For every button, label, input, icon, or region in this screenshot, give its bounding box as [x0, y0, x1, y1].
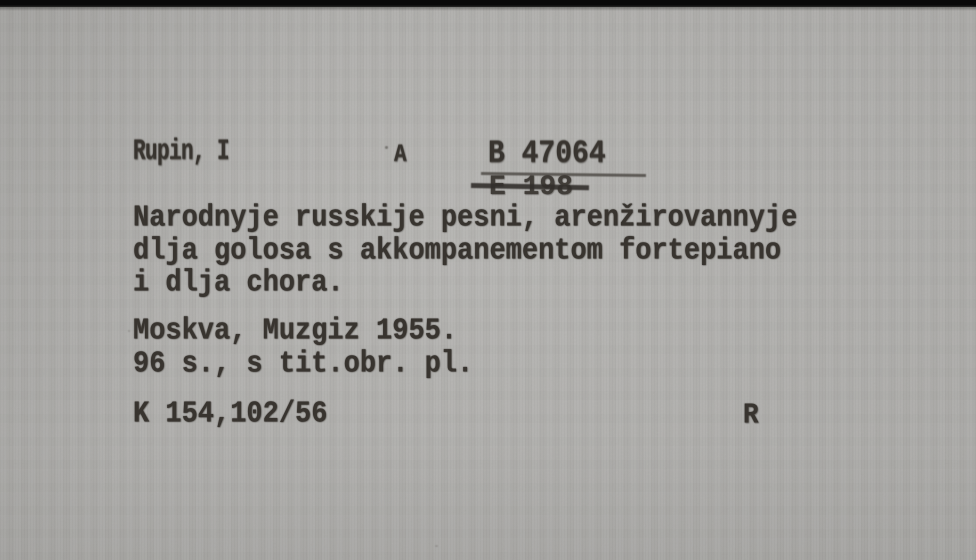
scan-edge-shadow — [0, 7, 976, 11]
language-letter: R — [743, 400, 759, 429]
title-line-1: Narodnyje russkije pesni, arenžirovannyj… — [133, 204, 797, 234]
collation-line: 96 s., s tit.obr. pl. — [133, 350, 473, 380]
accession-number: K 154,102/56 — [133, 400, 327, 430]
call-number: B 47064 — [488, 139, 606, 171]
paper-speck — [128, 330, 130, 332]
paper-speck — [385, 146, 388, 149]
imprint-line: Moskva, Muzgiz 1955. — [133, 317, 457, 347]
title-line-2: dlja golosa s akkompanementom fortepiano — [133, 237, 781, 267]
paper-speck — [435, 545, 438, 547]
author-heading: Rupin, I — [133, 138, 229, 167]
title-line-3: i dlja chora. — [133, 269, 344, 299]
scan-edge-strip — [0, 0, 976, 7]
scanned-catalog-card: Rupin, I A B 47064 E 198 Narodnyje russk… — [0, 0, 976, 560]
size-letter: A — [394, 143, 407, 168]
